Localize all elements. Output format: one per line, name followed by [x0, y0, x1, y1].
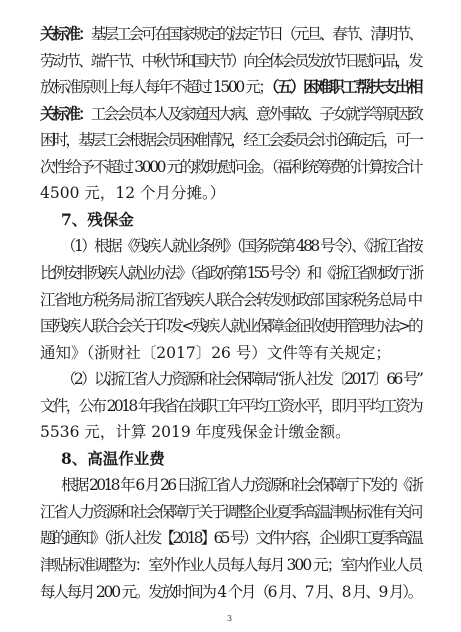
text-line: 次性给予不超过 3000 元的救助慰问金。（福利统筹费的计算按合计 [40, 156, 421, 178]
body-text-span: （1）根据《残疾人就业条例》（国务院第 488 号令）、《浙江省按 [61, 237, 421, 255]
text-line: 根据 2018 年 6 月 26 日浙江省人力资源和社会保障厅下发的《浙 [61, 474, 421, 496]
page-number: 3 [227, 614, 232, 623]
text-line: 通知》（浙财社〔2017〕26 号）文件等有关规定； [40, 342, 421, 364]
body-text-span: 文件，公布 2018 年我省在岗职工年平均工资水平，即月平均工资为 [40, 397, 421, 415]
body-text-span: 根据 2018 年 6 月 26 日浙江省人力资源和社会保障厅下发的《浙 [61, 476, 421, 494]
text-line: 放标准原则上每人每年不超过 1500 元；（五）困难职工帮扶支出相 [40, 76, 421, 98]
body-text-span: 4500 元，12 个月分摊。） [40, 184, 225, 202]
body-text-span: （2）以浙江省人力资源和社会保障局“浙人社发〔2017〕66 号” [61, 370, 421, 388]
body-text-span: 国残疾人联合会关于印发<残疾人就业保障金征收使用管理办法>的 [40, 317, 421, 335]
bold-heading-text: 关标准： [40, 24, 91, 43]
text-line: 4500 元，12 个月分摊。） [40, 182, 421, 204]
bold-heading-text: 关标准： [40, 104, 91, 123]
body-text-span: 放标准原则上每人每年不超过 1500 元； [40, 78, 272, 96]
text-line: 津贴标准调整为：室外作业人员每人每月 300 元；室内作业人员 [40, 554, 421, 576]
text-line: （2）以浙江省人力资源和社会保障局“浙人社发〔2017〕66 号” [61, 368, 421, 390]
text-line: 关标准：基层工会可在国家规定的法定节日（元旦、春节、清明节、 [40, 23, 421, 45]
body-text-span: 困时，基层工会根据会员困难情况，经工会委员会讨论确定后，可一 [40, 131, 421, 149]
bold-heading-text: 8、高温作业费 [61, 449, 165, 468]
text-line: 关标准：工会会员本人及家庭因大病、意外事故、子女就学等原因致 [40, 103, 421, 125]
text-line: 江省地方税务局 浙江省残疾人联合会转发财政部 国家税务总局 中 [40, 289, 421, 311]
body-text-span: 江省地方税务局 浙江省残疾人联合会转发财政部 国家税务总局 中 [40, 291, 421, 309]
body-text-span: 津贴标准调整为：室外作业人员每人每月 300 元；室内作业人员 [40, 556, 421, 574]
body-text-span: 每人每月 200 元。发放时间为 4 个月（6 月、7 月、8 月、9 月）。 [40, 583, 421, 601]
body-text-span: 通知》（浙财社〔2017〕26 号）文件等有关规定； [40, 344, 391, 362]
body-text-span: 题的通知》（浙人社发【2018】65 号）文件内容，企业职工夏季高温 [40, 529, 421, 547]
body-text-span: 次性给予不超过 3000 元的救助慰问金。（福利统筹费的计算按合计 [40, 158, 421, 176]
text-line: 题的通知》（浙人社发【2018】65 号）文件内容，企业职工夏季高温 [40, 527, 421, 549]
body-text-span: 工会会员本人及家庭因大病、意外事故、子女就学等原因致 [91, 105, 421, 123]
text-line: 困时，基层工会根据会员困难情况，经工会委员会讨论确定后，可一 [40, 129, 421, 151]
body-text-span: 5536 元，计算 2019 年度残保金计缴金额。 [40, 423, 351, 441]
body-text-span: 江省人力资源和社会保障厅关于调整企业夏季高温津贴标准有关问 [40, 503, 421, 521]
text-line: 劳动节、端午节、中秋节和国庆节）向全体会员发放节日慰问品，发 [40, 50, 421, 72]
text-line: 7、残保金 [61, 209, 421, 231]
body-text-span: 基层工会可在国家规定的法定节日（元旦、春节、清明节、 [91, 25, 421, 43]
text-line: （1）根据《残疾人就业条例》（国务院第 488 号令）、《浙江省按 [61, 235, 421, 257]
bold-heading-text: （五）困难职工帮扶支出相 [272, 77, 422, 96]
text-line: 文件，公布 2018 年我省在岗职工年平均工资水平，即月平均工资为 [40, 395, 421, 417]
bold-heading-text: 7、残保金 [61, 210, 134, 229]
text-line: 国残疾人联合会关于印发<残疾人就业保障金征收使用管理办法>的 [40, 315, 421, 337]
text-line: 8、高温作业费 [61, 448, 421, 470]
body-text-span: 比例安排残疾人就业办法》（省政府第 155 号令）和《浙江省财政厅 浙 [40, 264, 421, 282]
body-text-span: 劳动节、端午节、中秋节和国庆节）向全体会员发放节日慰问品，发 [40, 52, 421, 70]
text-line: 每人每月 200 元。发放时间为 4 个月（6 月、7 月、8 月、9 月）。 [40, 581, 421, 603]
text-line: 比例安排残疾人就业办法》（省政府第 155 号令）和《浙江省财政厅 浙 [40, 262, 421, 284]
text-line: 5536 元，计算 2019 年度残保金计缴金额。 [40, 421, 421, 443]
text-line: 江省人力资源和社会保障厅关于调整企业夏季高温津贴标准有关问 [40, 501, 421, 523]
document-page: 关标准：基层工会可在国家规定的法定节日（元旦、春节、清明节、劳动节、端午节、中秋… [0, 0, 461, 632]
